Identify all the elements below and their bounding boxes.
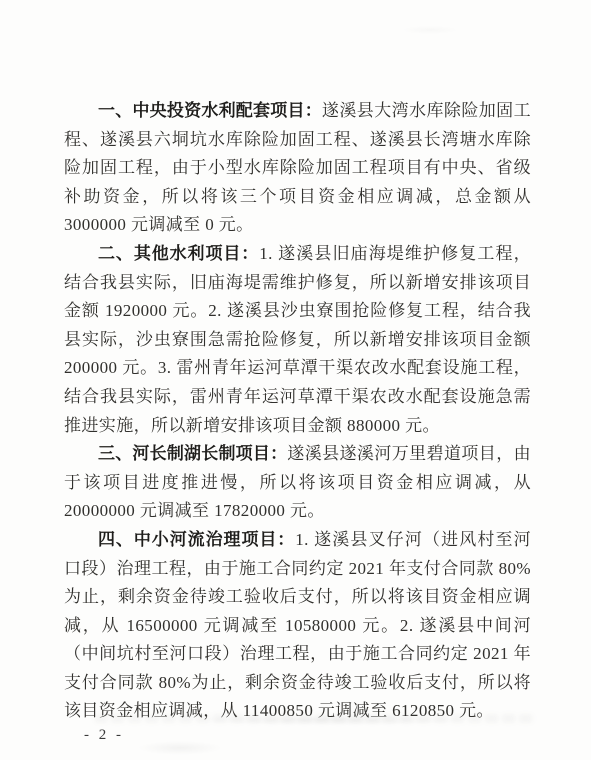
paragraph-small-river-treatment-projects: 四、中小河流治理项目：1. 遂溪县叉仔河（进风村至河口段）治理工程，由于施工合同… bbox=[64, 526, 531, 726]
section-4-heading: 四、中小河流治理项目： bbox=[98, 530, 295, 549]
paragraph-river-lake-chief-projects: 三、河长制湖长制项目：遂溪县遂溪河万里碧道项目，由于该项目进度推进慢，所以将该项… bbox=[64, 440, 531, 526]
section-3-heading: 三、河长制湖长制项目： bbox=[98, 444, 287, 463]
section-2-heading: 二、其他水利项目： bbox=[98, 244, 259, 263]
section-4-text: 1. 遂溪县叉仔河（进风村至河口段）治理工程，由于施工合同约定 2021 年支付… bbox=[64, 530, 531, 721]
section-1-text: 遂溪县大湾水库除险加固工程、遂溪县六垌坑水库除险加固工程、遂溪县长湾塘水库除险加… bbox=[64, 101, 531, 234]
section-1-heading: 一、中央投资水利配套项目： bbox=[98, 101, 322, 120]
document-body: 一、中央投资水利配套项目：遂溪县大湾水库除险加固工程、遂溪县六垌坑水库除险加固工… bbox=[64, 97, 531, 726]
page-number: - 2 - bbox=[84, 727, 124, 744]
document-page: 一、中央投资水利配套项目：遂溪县大湾水库除险加固工程、遂溪县六垌坑水库除险加固工… bbox=[0, 0, 591, 760]
paragraph-central-investment-projects: 一、中央投资水利配套项目：遂溪县大湾水库除险加固工程、遂溪县六垌坑水库除险加固工… bbox=[64, 97, 531, 240]
paragraph-other-water-projects: 二、其他水利项目：1. 遂溪县旧庙海堤维护修复工程，结合我县实际，旧庙海堤需维护… bbox=[64, 240, 531, 440]
section-2-text: 1. 遂溪县旧庙海堤维护修复工程，结合我县实际，旧庙海堤需维护修复，所以新增安排… bbox=[64, 244, 531, 435]
